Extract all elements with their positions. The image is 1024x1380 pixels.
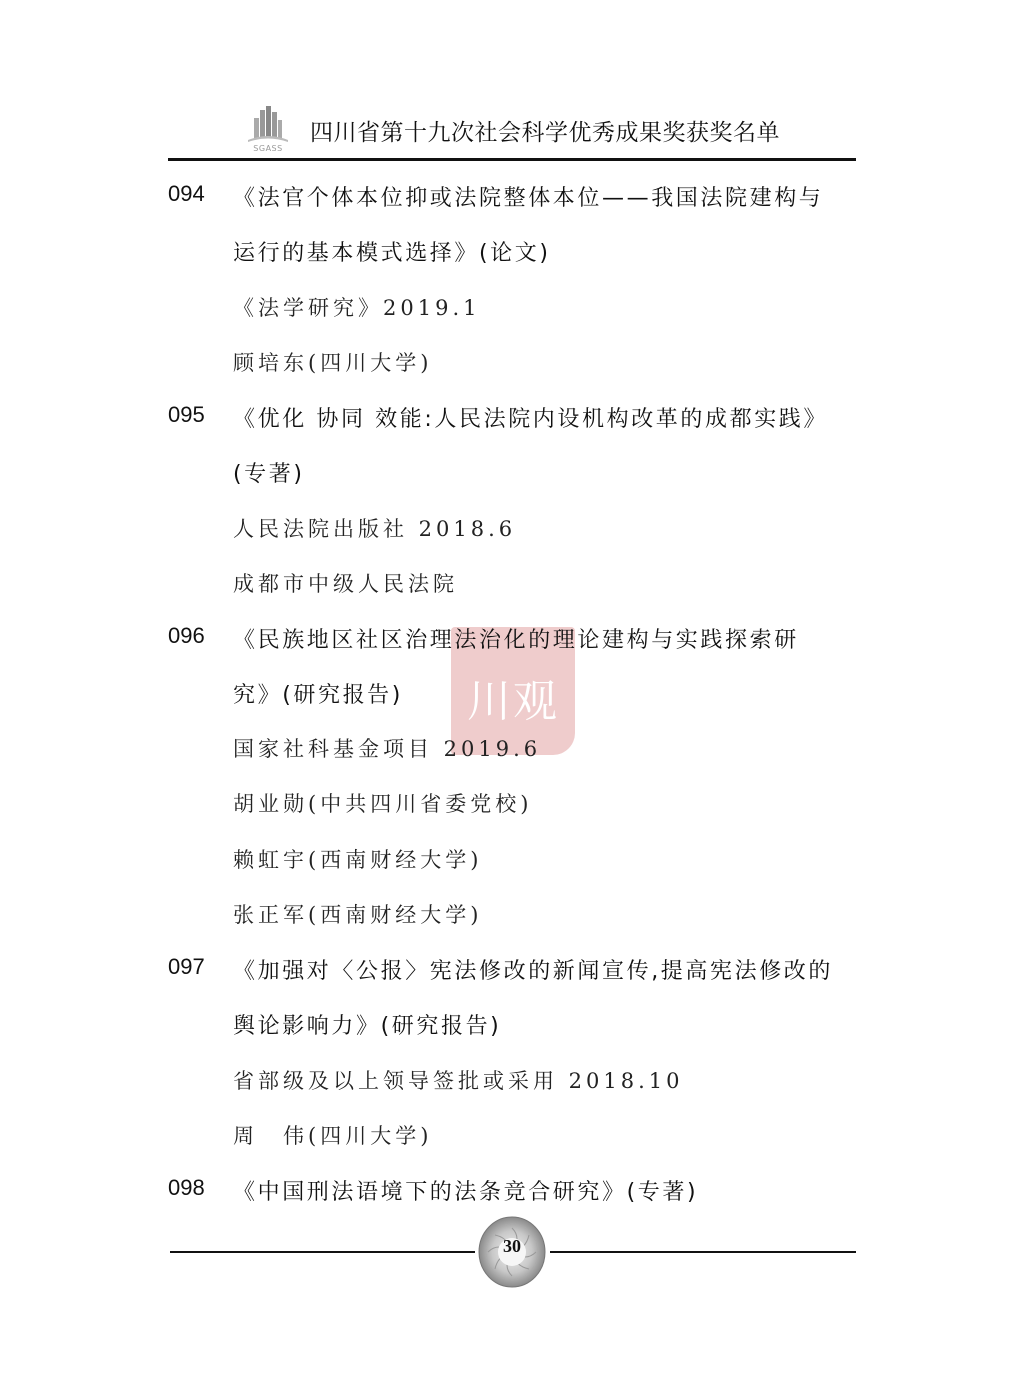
building-logo-icon [244, 104, 292, 144]
entry-author: 周 伟(四川大学) [233, 1120, 432, 1150]
footer-divider-left [170, 1251, 475, 1253]
page-title: 四川省第十九次社会科学优秀成果奖获奖名单 [310, 114, 780, 147]
entry-number: 096 [168, 623, 205, 649]
page-number: 30 [476, 1236, 548, 1257]
entry-title-line: 运行的基本模式选择》(论文) [233, 236, 551, 267]
entry-number: 095 [168, 402, 205, 428]
entry-number: 094 [168, 181, 205, 207]
header-divider [168, 158, 856, 161]
entry-source: 人民法院出版社 2018.6 [233, 513, 516, 543]
page-header: SGASS 四川省第十九次社会科学优秀成果奖获奖名单 [168, 100, 856, 162]
entry-number: 097 [168, 954, 205, 980]
entry-author: 成都市中级人民法院 [233, 568, 458, 598]
entry-author: 张正军(西南财经大学) [233, 899, 482, 929]
entry-author: 赖虹宇(西南财经大学) [233, 844, 482, 874]
entry-title-line: 《优化 协同 效能:人民法院内设机构改革的成都实践》 [233, 402, 828, 433]
entry-title-line: (专著) [233, 457, 305, 488]
footer-divider-right [550, 1251, 856, 1253]
entry-title-line: 《民族地区社区治理法治化的理论建构与实践探索研 [233, 623, 799, 654]
entry-source: 国家社科基金项目 2019.6 [233, 733, 541, 763]
entry-source: 《法学研究》2019.1 [233, 292, 480, 322]
entry-title-line: 舆论影响力》(研究报告) [233, 1009, 501, 1040]
sgass-logo: SGASS [244, 104, 292, 154]
entry-title-line: 《中国刑法语境下的法条竞合研究》(专著) [233, 1175, 698, 1206]
entry-title-line: 究》(研究报告) [233, 678, 403, 709]
logo-text: SGASS [244, 144, 292, 153]
entry-title-line: 《法官个体本位抑或法院整体本位——我国法院建构与 [233, 181, 823, 212]
entry-number: 098 [168, 1175, 205, 1201]
entry-author: 顾培东(四川大学) [233, 347, 432, 377]
watermark-text: 川观 [451, 665, 575, 729]
entry-title-line: 《加强对〈公报〉宪法修改的新闻宣传,提高宪法修改的 [233, 954, 833, 985]
entry-author: 胡业勋(中共四川省委党校) [233, 788, 532, 818]
entry-source: 省部级及以上领导签批或采用 2018.10 [233, 1065, 684, 1095]
